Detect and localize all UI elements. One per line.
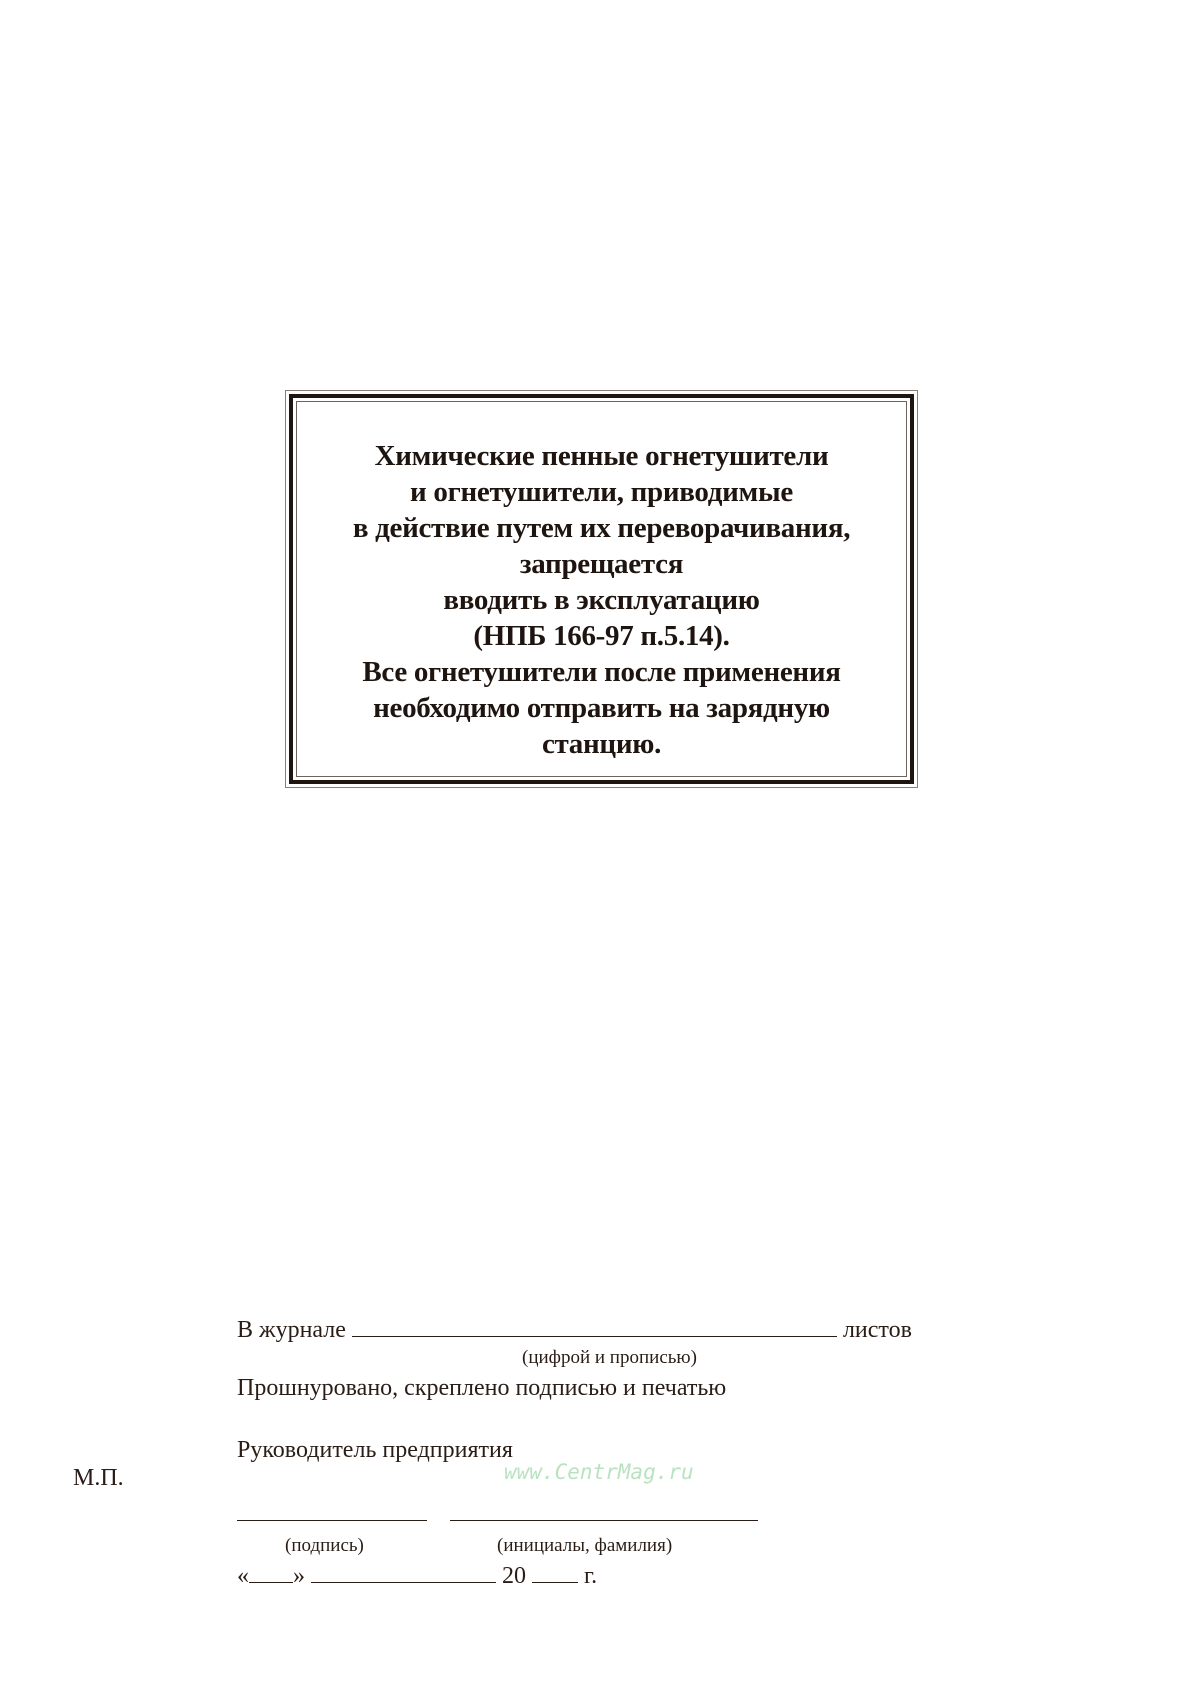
journal-prefix: В журнале (237, 1317, 346, 1343)
date-open-quote: « (237, 1563, 249, 1589)
signature-field[interactable] (237, 1520, 427, 1521)
name-field[interactable] (450, 1520, 758, 1521)
notice-line: в действие путем их переворачивания, (293, 510, 910, 546)
notice-frame-border: Химические пенные огнетушители и огнетуш… (289, 394, 914, 784)
notice-line: вводить в эксплуатацию (293, 582, 910, 618)
month-field[interactable] (311, 1562, 496, 1583)
notice-text: Химические пенные огнетушители и огнетуш… (293, 438, 910, 762)
signature-caption: (подпись) (285, 1535, 364, 1557)
journal-suffix: листов (843, 1317, 912, 1343)
head-of-enterprise-label: Руководитель предприятия (237, 1436, 513, 1464)
date-line: «» 20 г. (237, 1562, 597, 1590)
notice-line: Химические пенные огнетушители (293, 438, 910, 474)
notice-line: запрещается (293, 546, 910, 582)
stamp-place-label: М.П. (73, 1464, 124, 1492)
journal-sheets-line: В журнале листов (237, 1316, 912, 1344)
notice-line: необходимо отправить на зарядную (293, 690, 910, 726)
watermark: www.CentrMag.ru (504, 1460, 694, 1484)
day-field[interactable] (249, 1562, 293, 1583)
laced-statement: Прошнуровано, скреплено подписью и печат… (237, 1374, 726, 1402)
notice-line: Все огнетушители после применения (293, 654, 910, 690)
notice-line: и огнетушители, приводимые (293, 474, 910, 510)
sheets-count-field[interactable] (352, 1316, 837, 1337)
year-prefix: 20 (502, 1563, 526, 1589)
year-suffix: г. (584, 1563, 597, 1589)
year-field[interactable] (532, 1562, 578, 1583)
date-close-quote: » (293, 1563, 305, 1589)
sheets-count-caption: (цифрой и прописью) (522, 1347, 697, 1369)
notice-line: станцию. (293, 726, 910, 762)
name-caption: (инициалы, фамилия) (497, 1535, 672, 1557)
notice-frame: Химические пенные огнетушители и огнетуш… (285, 390, 918, 788)
notice-line: (НПБ 166-97 п.5.14). (293, 618, 910, 654)
